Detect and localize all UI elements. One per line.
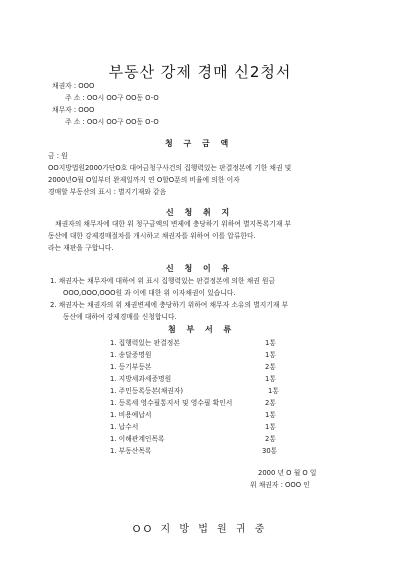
attachment-item: 1. 집행력있는 판결정본 1통 (110, 337, 310, 349)
attachment-count: 1통 (265, 409, 276, 419)
reason-2-line-2: 동산에 대하여 강제경매를 신청합니다. (63, 313, 177, 322)
purpose-heading: 신 청 취 지 (166, 207, 233, 218)
attachment-count: 2통 (265, 361, 276, 371)
attachment-count: 30통 (262, 445, 277, 455)
attachment-name: 1. 비용예납서 (110, 409, 151, 419)
claim-amount-value: 금 : 원 (48, 152, 68, 161)
attachment-count: 1통 (268, 385, 279, 395)
attachment-count: 1통 (265, 373, 276, 383)
attachment-item: 1. 송달증명원 1통 (110, 349, 310, 361)
attachment-name: 1. 지방세과세증명원 (110, 373, 171, 383)
purpose-line-1: 채권자의 채무자에 대한 위 청구금액의 변제에 충당하기 위하여 별지목록기재… (55, 220, 291, 229)
reasons-heading: 신 청 이 유 (166, 263, 233, 274)
claim-detail-line-1: OO지방법원2000가단O호 대여금청구사건의 집행력있는 판결정본에 기한 채… (48, 164, 291, 173)
attachment-count: 2통 (265, 433, 276, 443)
attachment-count: 1통 (265, 421, 276, 431)
attachment-item: 1. 등기부등본 2통 (110, 361, 310, 373)
attachment-name: 1. 납수서 (110, 421, 138, 431)
debtor-name: 채무자 : OOO (52, 106, 94, 115)
claim-detail-line-3: 경매할 부동산의 표시 : 별지기재와 같음 (48, 188, 166, 197)
attachment-item: 1. 부동산목록 30통 (110, 445, 310, 457)
reason-2-line-1: 2. 채권자는 채권자의 위 채권변제에 충당하기 위하여 채무자 소유의 별지… (50, 301, 288, 310)
debtor-address: 주 소 : OO시 OO구 OO동 O-O (65, 118, 159, 127)
attachment-name: 1. 이해관계인목록 (110, 433, 165, 443)
attachment-item: 1. 이해관계인목록 2통 (110, 433, 310, 445)
attachment-count: 1통 (265, 349, 276, 359)
claim-detail-line-2: 2000년O월 O일부터 완제일까지 연 O할O푼의 비율에 의한 이자 (48, 176, 240, 185)
attachment-name: 1. 집행력있는 판결정본 (110, 337, 180, 347)
attachment-item: 1. 비용예납서 1통 (110, 409, 310, 421)
creditor-address: 주 소 : OO시 OO구 OO동 O-O (65, 94, 159, 103)
reason-1-line-2: OOO,OOO,OOO원 과 이에 대한 위 이자채권이 있습니다. (63, 289, 236, 298)
attachment-name: 1. 송달증명원 (110, 349, 151, 359)
attachments-heading: 첨 부 서 류 (168, 324, 235, 335)
document-title: 부동산 강제 경매 신2청서 (0, 61, 400, 82)
attachment-count: 1통 (265, 337, 276, 347)
reason-1-line-1: 1. 채권자는 채무자에 대하여 위 표시 집행력있는 판결정본에 의한 채권 … (50, 277, 275, 286)
filing-date: 2000 년 O 월 O 일 (258, 469, 317, 478)
purpose-line-3: 라는 재판을 구합니다. (48, 244, 114, 253)
attachment-name: 1. 주민등록등본(채권자) (110, 385, 183, 395)
attachment-count: 2통 (265, 397, 276, 407)
purpose-line-2: 동산에 대한 강제경매절차를 개시하고 채권자를 위하여 이를 압류한다. (48, 232, 256, 241)
attachment-name: 1. 등기부등본 (110, 361, 151, 371)
attachment-item: 1. 납수서 1통 (110, 421, 310, 433)
creditor-name: 채권자 : OOO (52, 82, 94, 91)
attachment-name: 1. 부동산목록 (110, 445, 151, 455)
court-addressee: OO 지 방 법 원 귀 중 (0, 520, 400, 535)
creditor-signature: 위 채권자 : OOO 인 (250, 481, 310, 490)
attachment-item: 1. 주민등록등본(채권자) 1통 (110, 385, 310, 397)
claim-amount-heading: 청 구 금 액 (165, 138, 232, 149)
attachment-name: 1. 등록세 영수필통지서 및 영수필 확인서 (110, 397, 232, 407)
attachment-item: 1. 등록세 영수필통지서 및 영수필 확인서 2통 (110, 397, 310, 409)
attachment-item: 1. 지방세과세증명원 1통 (110, 373, 310, 385)
